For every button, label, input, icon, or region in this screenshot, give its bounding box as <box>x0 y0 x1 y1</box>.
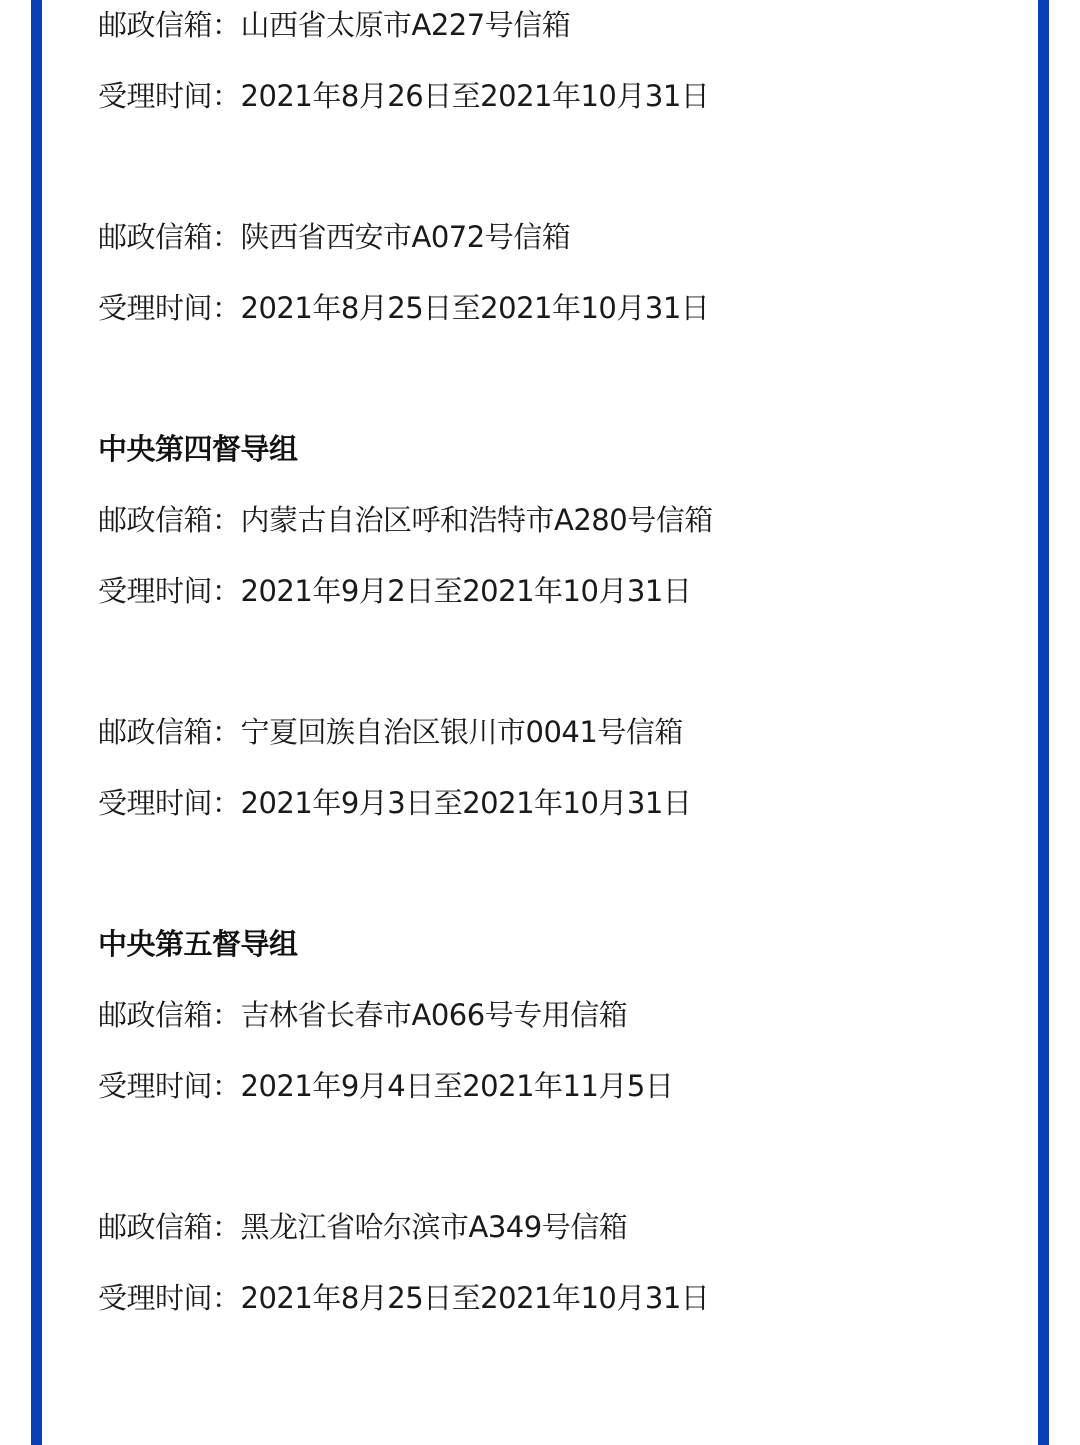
period-label: 受理时间： <box>98 1281 241 1315</box>
mailbox-label: 邮政信箱： <box>98 8 241 42</box>
mailbox-line: 邮政信箱：山西省太原市A227号信箱 <box>98 5 570 45</box>
group-heading: 中央第五督导组 <box>98 924 298 964</box>
period-value: 2021年8月25日至2021年10月31日 <box>241 1281 710 1315</box>
mailbox-line: 邮政信箱：吉林省长春市A066号专用信箱 <box>98 995 627 1035</box>
period-label: 受理时间： <box>98 1069 241 1103</box>
mailbox-line: 邮政信箱：黑龙江省哈尔滨市A349号信箱 <box>98 1207 627 1247</box>
mailbox-label: 邮政信箱： <box>98 998 241 1032</box>
period-line: 受理时间：2021年9月2日至2021年10月31日 <box>98 571 691 611</box>
left-frame-border <box>31 0 42 1445</box>
mailbox-line: 邮政信箱：陕西省西安市A072号信箱 <box>98 217 570 257</box>
mailbox-label: 邮政信箱： <box>98 715 241 749</box>
period-value: 2021年9月3日至2021年10月31日 <box>241 786 692 820</box>
mailbox-value: 吉林省长春市A066号专用信箱 <box>241 998 628 1032</box>
period-value: 2021年9月4日至2021年11月5日 <box>241 1069 674 1103</box>
mailbox-label: 邮政信箱： <box>98 503 241 537</box>
period-value: 2021年8月25日至2021年10月31日 <box>241 291 710 325</box>
period-value: 2021年8月26日至2021年10月31日 <box>241 79 710 113</box>
period-label: 受理时间： <box>98 79 241 113</box>
period-value: 2021年9月2日至2021年10月31日 <box>241 574 692 608</box>
period-line: 受理时间：2021年8月26日至2021年10月31日 <box>98 76 709 116</box>
right-frame-border <box>1038 0 1049 1445</box>
group-heading: 中央第四督导组 <box>98 429 298 469</box>
mailbox-line: 邮政信箱：宁夏回族自治区银川市0041号信箱 <box>98 712 683 752</box>
period-line: 受理时间：2021年9月3日至2021年10月31日 <box>98 783 691 823</box>
mailbox-label: 邮政信箱： <box>98 1210 241 1244</box>
period-label: 受理时间： <box>98 574 241 608</box>
period-label: 受理时间： <box>98 291 241 325</box>
mailbox-line: 邮政信箱：内蒙古自治区呼和浩特市A280号信箱 <box>98 500 713 540</box>
period-label: 受理时间： <box>98 786 241 820</box>
mailbox-value: 山西省太原市A227号信箱 <box>241 8 571 42</box>
period-line: 受理时间：2021年8月25日至2021年10月31日 <box>98 288 709 328</box>
mailbox-value: 内蒙古自治区呼和浩特市A280号信箱 <box>241 503 713 537</box>
period-line: 受理时间：2021年8月25日至2021年10月31日 <box>98 1278 709 1318</box>
mailbox-label: 邮政信箱： <box>98 220 241 254</box>
mailbox-value: 黑龙江省哈尔滨市A349号信箱 <box>241 1210 628 1244</box>
mailbox-value: 宁夏回族自治区银川市0041号信箱 <box>241 715 683 749</box>
mailbox-value: 陕西省西安市A072号信箱 <box>241 220 571 254</box>
period-line: 受理时间：2021年9月4日至2021年11月5日 <box>98 1066 673 1106</box>
